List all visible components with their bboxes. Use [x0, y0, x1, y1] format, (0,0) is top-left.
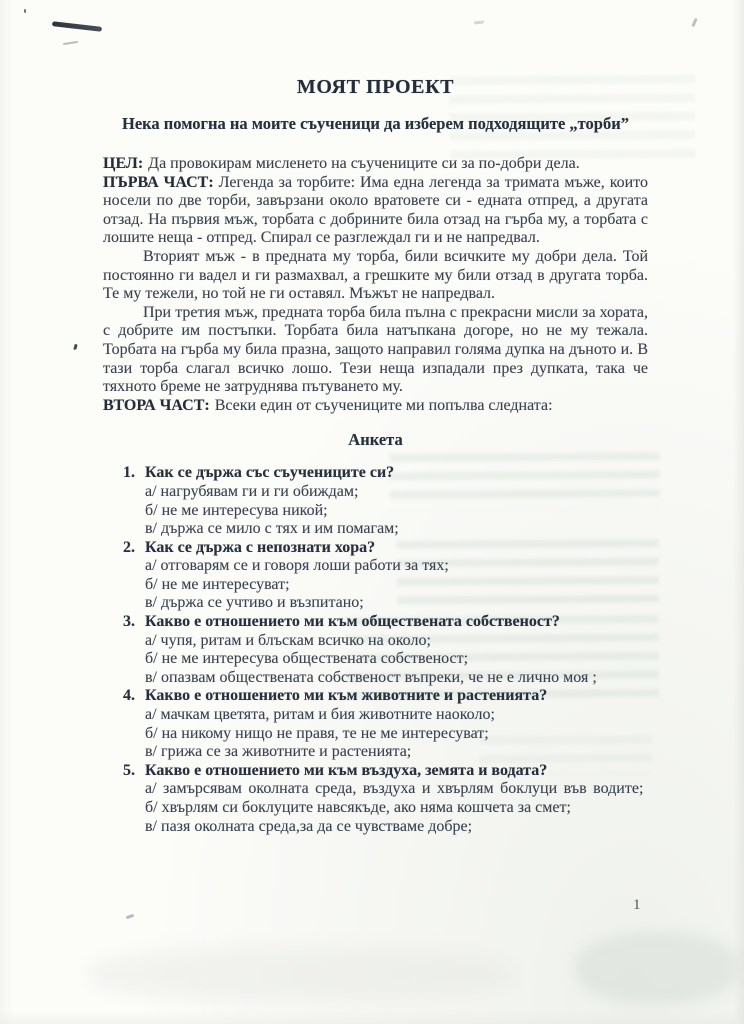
- paragraph-text: Всеки един от съучениците ми попълва сле…: [215, 397, 553, 414]
- paragraph-text: Да провокирам мисленето на съучениците с…: [148, 155, 580, 172]
- question-title: 5.Какво е отношението ми към въздуха, зе…: [145, 762, 648, 781]
- question-title: 3.Какво е отношението ми към общественат…: [145, 613, 648, 632]
- body-paragraphs: ЦЕЛ:Да провокирам мисленето на съученици…: [103, 155, 648, 415]
- answer-option-a: а/ мачкам цветята, ритам и бия животните…: [145, 706, 648, 725]
- question-text: Как се държа със съучениците си?: [145, 464, 394, 481]
- question-title: 4.Какво е отношението ми към животните и…: [145, 687, 648, 706]
- answer-option-v: в/ държа се учтиво и възпитано;: [145, 594, 648, 613]
- paragraph-lead: ПЪРВА ЧАСТ:: [103, 174, 219, 191]
- answer-option-v: в/ опазвам обществената собственост въпр…: [145, 669, 648, 688]
- answer-option-a: а/ отговарям се и говоря лоши работи за …: [145, 557, 648, 576]
- survey-question-list: 1.Как се държа със съучениците си? а/ на…: [103, 464, 648, 836]
- question-title: 1.Как се държа със съучениците си?: [145, 464, 648, 483]
- question-text: Какво е отношението ми към обществената …: [145, 613, 560, 630]
- question-number: 4.: [123, 687, 135, 706]
- scan-speck-artifact: [73, 344, 77, 351]
- paragraph-second-man: Вторият мъж - в предната му торба, били …: [103, 248, 648, 304]
- page-number: 1: [633, 897, 641, 914]
- pen-mark-artifact: [63, 41, 78, 45]
- answer-option-a: а/ чупя, ритам и блъскам всичко на около…: [145, 632, 648, 651]
- paragraph-text: При третия мъж, предната торба била пълн…: [103, 304, 648, 395]
- answer-option-a: а/ замърсявам околната среда, въздуха и …: [145, 780, 648, 799]
- survey-question-2: 2.Как се държа с непознати хора? а/ отго…: [145, 539, 648, 613]
- scanned-document-page: МОЯТ ПРОЕКТ Нека помогна на моите съучен…: [0, 0, 744, 1024]
- question-text: Какво е отношението ми към животните и р…: [145, 687, 547, 704]
- question-title: 2.Как се държа с непознати хора?: [145, 539, 648, 558]
- scan-speck-artifact: [691, 18, 697, 27]
- paragraph-part-one: ПЪРВА ЧАСТ:Легенда за торбите: Има една …: [103, 174, 648, 248]
- scan-speck-artifact: [24, 9, 26, 13]
- answer-option-b: б/ не ме интересуват;: [145, 576, 648, 595]
- answer-option-v: в/ пазя околната среда,за да се чувствам…: [145, 818, 648, 837]
- scan-speck-artifact: [126, 914, 135, 919]
- question-text: Какво е отношението ми към въздуха, земя…: [145, 762, 547, 779]
- survey-heading: Анкета: [103, 430, 648, 450]
- paragraph-goal: ЦЕЛ:Да провокирам мисленето на съученици…: [103, 155, 648, 174]
- survey-question-1: 1.Как се държа със съучениците си? а/ на…: [145, 464, 648, 538]
- answer-option-v: в/ грижа се за животните и растенията;: [145, 743, 648, 762]
- survey-question-4: 4.Какво е отношението ми към животните и…: [145, 687, 648, 761]
- question-number: 2.: [123, 539, 135, 558]
- paragraph-part-two: ВТОРА ЧАСТ:Всеки един от съучениците ми …: [103, 397, 648, 416]
- survey-question-5: 5.Какво е отношението ми към въздуха, зе…: [145, 762, 648, 836]
- paragraph-third-man: При третия мъж, предната торба била пълн…: [103, 304, 648, 397]
- paragraph-lead: ЦЕЛ:: [103, 155, 148, 172]
- answer-option-v: в/ държа се мило с тях и им помагам;: [145, 520, 648, 539]
- bleed-through-artifact: [575, 932, 740, 1004]
- question-number: 5.: [123, 762, 135, 781]
- document-subtitle: Нека помогна на моите съученици да избер…: [103, 114, 648, 134]
- paragraph-text: Вторият мъж - в предната му торба, били …: [103, 248, 648, 302]
- answer-option-b: б/ на никому нищо не правя, те не ме инт…: [145, 725, 648, 744]
- answer-option-a: а/ нагрубявам ги и ги обиждам;: [145, 483, 648, 502]
- document-title: МОЯТ ПРОЕКТ: [103, 0, 648, 99]
- answer-option-b: б/ не ме интересува обществената собстве…: [145, 650, 648, 669]
- document-content: МОЯТ ПРОЕКТ Нека помогна на моите съучен…: [103, 0, 648, 836]
- question-number: 3.: [123, 613, 135, 632]
- answer-option-b: б/ не ме интересува никой;: [145, 502, 648, 521]
- question-text: Как се държа с непознати хора?: [145, 539, 375, 556]
- paragraph-lead: ВТОРА ЧАСТ:: [103, 397, 215, 414]
- survey-question-3: 3.Какво е отношението ми към общественат…: [145, 613, 648, 687]
- pen-mark-artifact: [52, 21, 102, 32]
- question-number: 1.: [123, 464, 135, 483]
- answer-option-b: б/ хвърлям си боклуците навсякъде, ако н…: [145, 799, 648, 818]
- bleed-through-artifact: [90, 948, 510, 1000]
